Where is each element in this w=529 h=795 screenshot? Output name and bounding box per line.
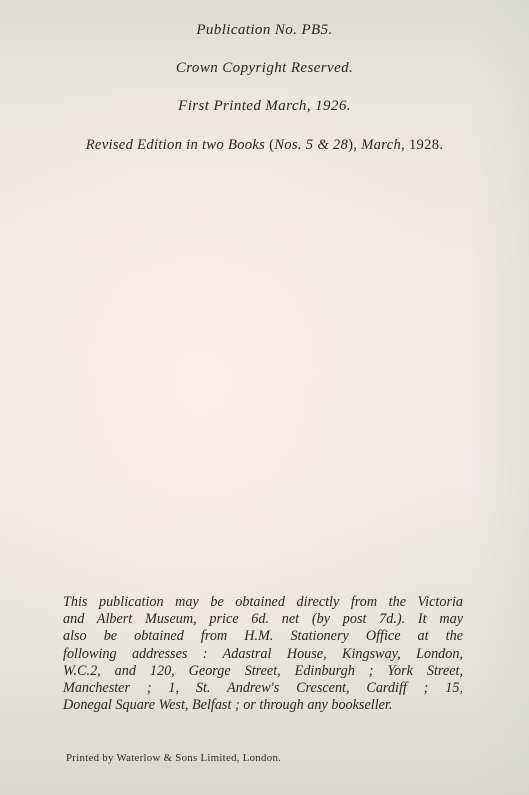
availability-line: Manchester ; 1, St. Andrew's Crescent, C… bbox=[63, 680, 463, 697]
paren-close: ), bbox=[348, 137, 361, 153]
availability-line: Donegal Square West, Belfast ; or throug… bbox=[63, 697, 463, 714]
page-edge-shadow bbox=[469, 0, 529, 795]
availability-line: W.C.2, and 120, George Street, Edinburgh… bbox=[63, 663, 463, 680]
first-printed-date: First Printed March, 1926. bbox=[0, 98, 529, 115]
publication-number: Publication No. PB5. bbox=[0, 22, 529, 39]
revised-year: , 1928. bbox=[401, 137, 443, 153]
availability-line: This publication may be obtained directl… bbox=[63, 594, 463, 611]
book-numbers: Nos. 5 & 28 bbox=[274, 137, 348, 153]
availability-line: and Albert Museum, price 6d. net (by pos… bbox=[63, 611, 463, 628]
revised-edition-note: Revised Edition in two Books (Nos. 5 & 2… bbox=[0, 137, 529, 154]
copyright-notice: Crown Copyright Reserved. bbox=[0, 60, 529, 77]
printer-imprint: Printed by Waterlow & Sons Limited, Lond… bbox=[66, 752, 281, 764]
availability-paragraph: This publication may be obtained directl… bbox=[63, 594, 463, 714]
revised-edition-prefix: Revised Edition in two Books bbox=[86, 137, 269, 153]
availability-line: also be obtained from H.M. Stationery Of… bbox=[63, 628, 463, 645]
revised-month: March bbox=[361, 137, 401, 153]
availability-line: following addresses : Adastral House, Ki… bbox=[63, 646, 463, 663]
